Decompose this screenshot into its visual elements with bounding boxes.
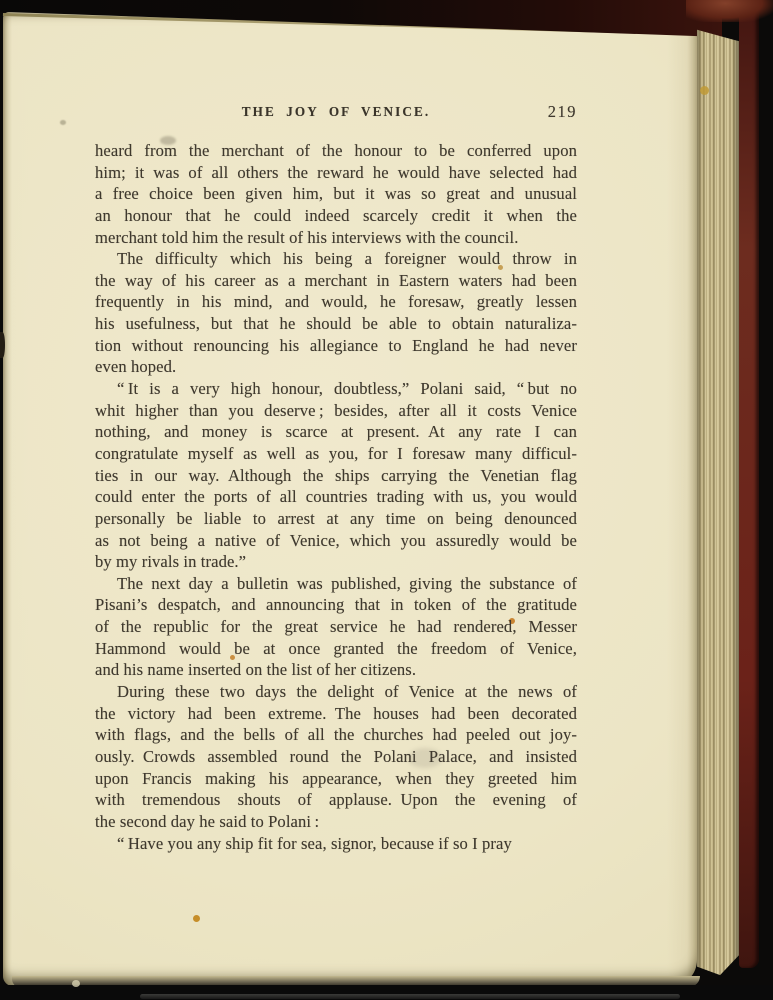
scanned-book-photo: THE JOY OF VENICE. 219 heard from the me… — [0, 0, 773, 1000]
text-line: him; it was of all others the reward he … — [95, 162, 577, 184]
text-line: the way of his career as a merchant in E… — [95, 270, 577, 292]
text-line: personally be liable to arrest at any ti… — [95, 508, 577, 530]
running-header: THE JOY OF VENICE. 219 — [95, 102, 577, 124]
text-line: nothing, and money is scarce at present.… — [95, 421, 577, 443]
paragraph: heard from the merchant of the honour to… — [95, 140, 577, 248]
text-line: congratulate myself as well as you, for … — [95, 443, 577, 465]
text-line: merchant told him the result of his inte… — [95, 227, 577, 249]
text-line: as not being a native of Venice, which y… — [95, 530, 577, 552]
text-line: ties in our way. Although the ships carr… — [95, 465, 577, 487]
text-line: could enter the ports of all countries t… — [95, 486, 577, 508]
text-line: a free choice been given him, but it was… — [95, 183, 577, 205]
text-line: Hammond would be at once granted the fre… — [95, 638, 577, 660]
cover-corner — [686, 0, 773, 22]
book-cover-edge — [739, 8, 759, 968]
text-line: frequently in his mind, and would, he fo… — [95, 291, 577, 313]
text-line: the victory had been extreme. The houses… — [95, 703, 577, 725]
text-line: by my rivals in trade.” — [95, 551, 577, 573]
text-line: During these two days the delight of Ven… — [95, 681, 577, 703]
text-line: ously. Crowds assembled round the Polani… — [95, 746, 577, 768]
paragraph: “ Have you any ship fit for sea, signor,… — [95, 833, 577, 855]
text-line: “ Have you any ship fit for sea, signor,… — [95, 833, 577, 855]
fore-edge-page-stack — [697, 26, 739, 978]
scanner-cradle-glint — [140, 994, 680, 999]
paragraph: The difficulty which his being a foreign… — [95, 248, 577, 378]
text-line: the second day he said to Polani : — [95, 811, 577, 833]
text-line: The next day a bulletin was published, g… — [95, 573, 577, 595]
text-line: even hoped. — [95, 356, 577, 378]
text-line: with tremendous shouts of applause. Upon… — [95, 789, 577, 811]
running-header-title: THE JOY OF VENICE. — [242, 102, 431, 122]
text-line: whit higher than you deserve ; besides, … — [95, 400, 577, 422]
text-line: of the republic for the great service he… — [95, 616, 577, 638]
page-number: 219 — [548, 102, 577, 122]
text-line: heard from the merchant of the honour to… — [95, 140, 577, 162]
paragraph: The next day a bulletin was published, g… — [95, 573, 577, 681]
text-line: Pisani’s despatch, and announcing that i… — [95, 594, 577, 616]
text-line: his usefulness, but that he should be ab… — [95, 313, 577, 335]
text-line: The difficulty which his being a foreign… — [95, 248, 577, 270]
paragraph: During these two days the delight of Ven… — [95, 681, 577, 832]
text-line: tion without renouncing his allegiance t… — [95, 335, 577, 357]
text-line: “ It is a very high honour, doubtless,” … — [95, 378, 577, 400]
text-line: and his name inserted on the list of her… — [95, 659, 577, 681]
text-line: with flags, and the bells of all the chu… — [95, 724, 577, 746]
text-line: upon Francis making his appearance, when… — [95, 768, 577, 790]
paragraph: “ It is a very high honour, doubtless,” … — [95, 378, 577, 573]
text-line: an honour that he could indeed scarcely … — [95, 205, 577, 227]
page-text: heard from the merchant of the honour to… — [95, 140, 577, 854]
